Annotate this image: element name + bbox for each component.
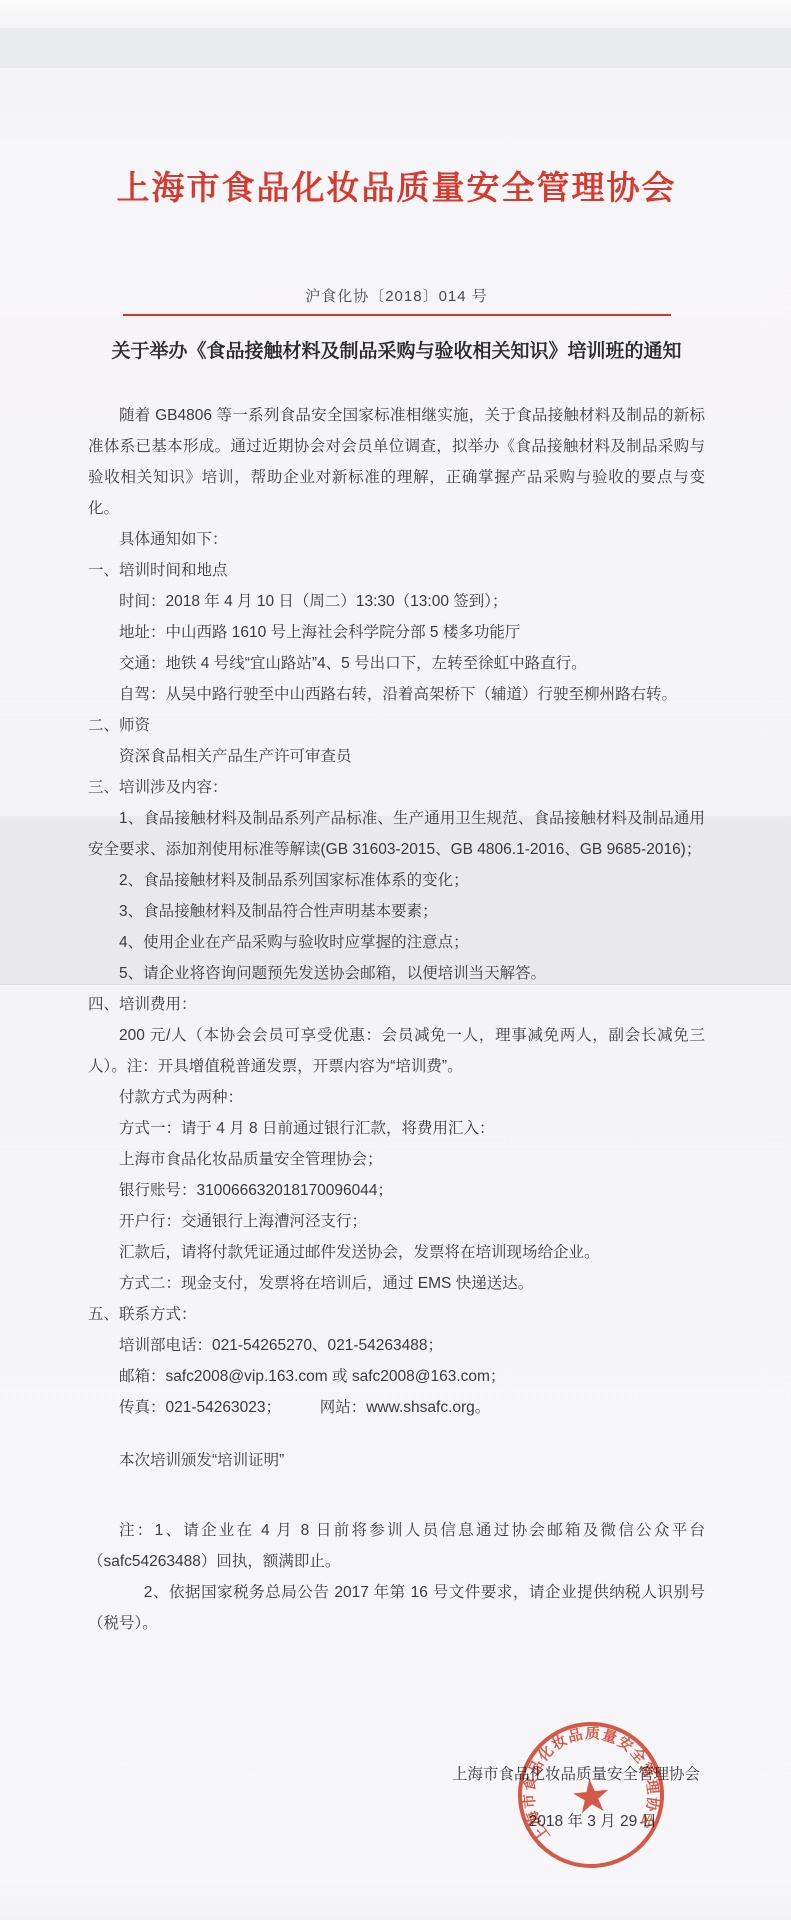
body-line: 3、食品接触材料及制品符合性声明基本要素； [88, 896, 705, 927]
body-line: 注：1、请企业在 4 月 8 日前将参训人员信息通过协会邮箱及微信公众平台（sa… [88, 1515, 705, 1577]
red-divider-line [123, 314, 671, 316]
body-line: 三、培训涉及内容： [88, 772, 705, 803]
body-line: 一、培训时间和地点 [88, 555, 705, 586]
body-line: 汇款后，请将付款凭证通过邮件发送协会，发票将在培训现场给企业。 [88, 1237, 705, 1268]
body-line: 传真：021-54263023； 网站：www.shsafc.org。 [88, 1392, 705, 1423]
body-line: 方式二：现金支付，发票将在培训后，通过 EMS 快递送达。 [88, 1268, 705, 1299]
scanned-notice-page: 上海市食品化妆品质量安全管理协会 沪食化协〔2018〕014 号 关于举办《食品… [0, 0, 791, 1920]
body-line: 资深食品相关产品生产许可审查员 [88, 741, 705, 772]
body-line: 5、请企业将咨询问题预先发送协会邮箱，以便培训当天解答。 [88, 958, 705, 989]
body-line: 上海市食品化妆品质量安全管理协会； [88, 1144, 705, 1175]
body-line: 具体通知如下： [88, 524, 705, 555]
body-line: 二、师资 [88, 710, 705, 741]
body-line: 时间：2018 年 4 月 10 日（周二）13:30（13:00 签到）； [88, 586, 705, 617]
body-line: 银行账号：310066632018170096044； [88, 1175, 705, 1206]
body-line: 2、依据国家税务总局公告 2017 年第 16 号文件要求，请企业提供纳税人识别… [88, 1577, 705, 1639]
document-number: 沪食化协〔2018〕014 号 [88, 286, 705, 308]
body-line: 邮箱：safc2008@vip.163.com 或 safc2008@163.c… [88, 1361, 705, 1392]
body-line: 方式一：请于 4 月 8 日前通过银行汇款，将费用汇入： [88, 1113, 705, 1144]
signature-block: 上海市食品化妆品质量安全管理协会 2018 年 3 月 29 日 [88, 1759, 705, 1837]
notice-subject-heading: 关于举办《食品接触材料及制品采购与验收相关知识》培训班的通知 [88, 338, 705, 366]
body-line: 2、食品接触材料及制品系列国家标准体系的变化； [88, 865, 705, 896]
body-line: 自驾：从吴中路行驶至中山西路右转，沿着高架桥下（辅道）行驶至柳州路右转。 [88, 679, 705, 710]
body-line: 本次培训颁发“培训证明” [88, 1445, 705, 1476]
body-line: 1、食品接触材料及制品系列产品标准、生产通用卫生规范、食品接触材料及制品通用安全… [88, 803, 705, 865]
body-line: 开户行：交通银行上海漕河泾支行； [88, 1206, 705, 1237]
body-line: 交通：地铁 4 号线“宜山路站”4、5 号出口下，左转至徐虹中路直行。 [88, 648, 705, 679]
body-line: 付款方式为两种： [88, 1082, 705, 1113]
body-line: 五、联系方式： [88, 1299, 705, 1330]
body-line: 200 元/人（本协会会员可享受优惠：会员减免一人，理事减免两人，副会长减免三人… [88, 1020, 705, 1082]
document: 上海市食品化妆品质量安全管理协会 沪食化协〔2018〕014 号 关于举办《食品… [88, 0, 705, 1852]
body-line: 四、培训费用： [88, 989, 705, 1020]
association-title: 上海市食品化妆品质量安全管理协会 [88, 166, 705, 210]
signature-date: 2018 年 3 月 29 日 [88, 1806, 705, 1837]
body-line: 地址：中山西路 1610 号上海社会科学院分部 5 楼多功能厅 [88, 617, 705, 648]
document-body: 随着 GB4806 等一系列食品安全国家标准相继实施，关于食品接触材料及制品的新… [88, 400, 705, 1639]
signature-org: 上海市食品化妆品质量安全管理协会 [88, 1759, 705, 1790]
body-line: 4、使用企业在产品采购与验收时应掌握的注意点； [88, 927, 705, 958]
body-line: 随着 GB4806 等一系列食品安全国家标准相继实施，关于食品接触材料及制品的新… [88, 400, 705, 524]
body-line: 培训部电话：021-54265270、021-54263488； [88, 1330, 705, 1361]
